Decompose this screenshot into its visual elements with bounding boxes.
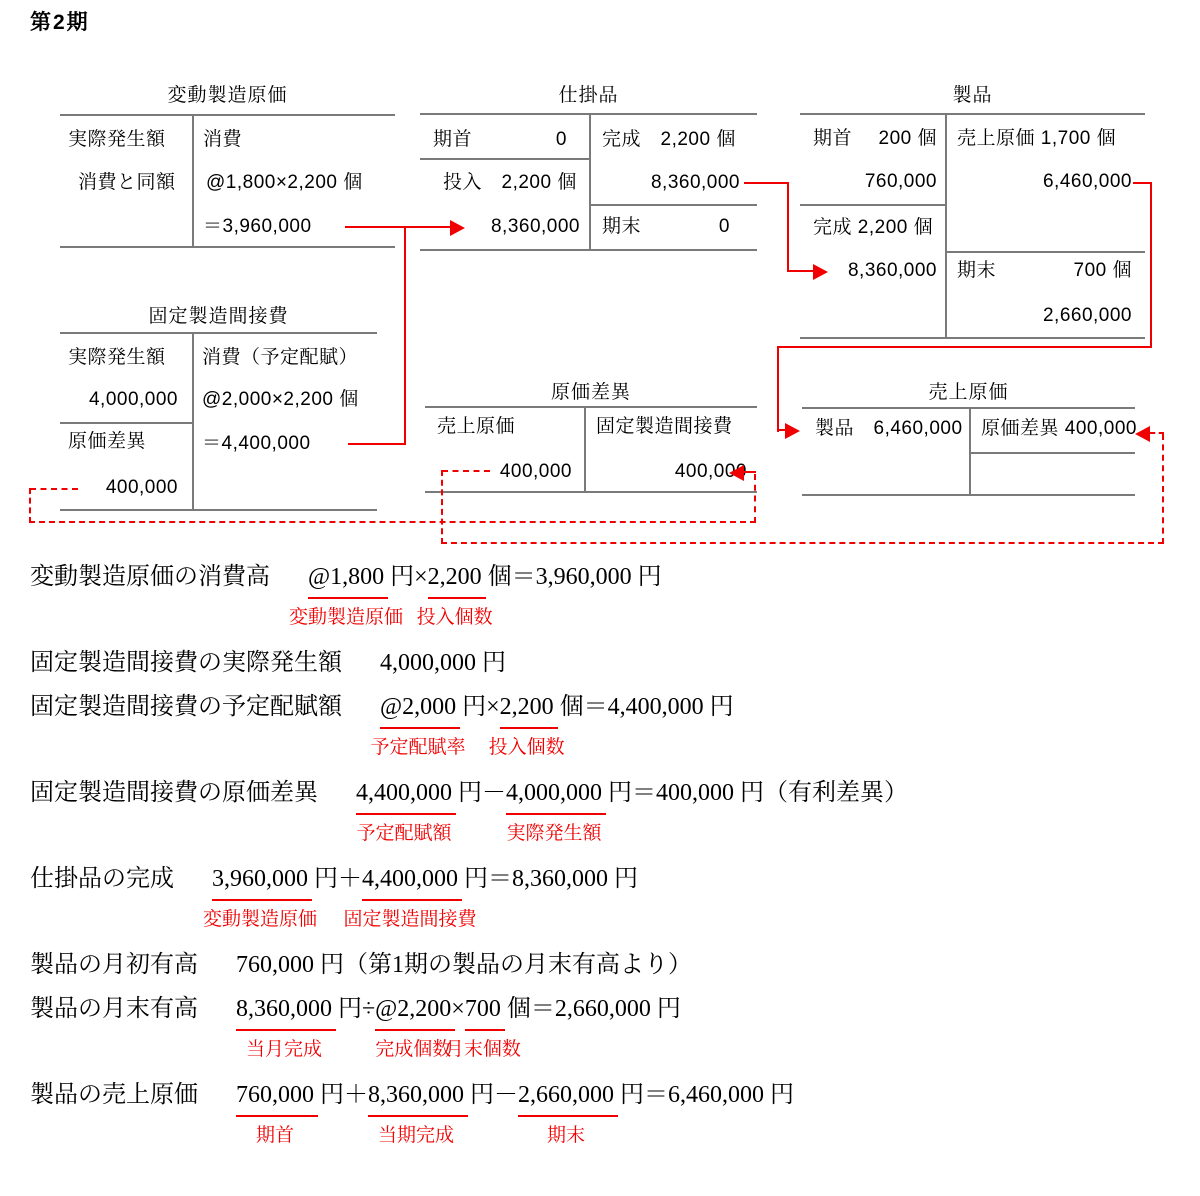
underline-annotation: 当期完成 bbox=[378, 1121, 454, 1151]
account-entry: 製品 6,460,000 bbox=[815, 418, 963, 440]
account-top-line bbox=[60, 114, 395, 116]
note-label: 固定製造間接費の予定配賦額 bbox=[30, 692, 342, 722]
formula-text: 円＝8,360,000 円 bbox=[458, 866, 638, 892]
account-top-line bbox=[425, 406, 757, 408]
account-sub-line bbox=[60, 422, 192, 424]
underlined-term: 2,660,000期末 bbox=[518, 1080, 614, 1110]
note-formula: 760,000 円（第1期の製品の月末有高より） bbox=[236, 952, 692, 978]
account-entry: 4,000,000 bbox=[48, 389, 178, 411]
note-label: 固定製造間接費の実際発生額 bbox=[30, 648, 342, 678]
underlined-term: 4,400,000固定製造間接費 bbox=[362, 864, 458, 894]
formula-text: 円＝6,460,000 円 bbox=[614, 1082, 794, 1108]
formula-text: 円× bbox=[456, 694, 500, 720]
underline-annotation: 月末個数 bbox=[445, 1035, 521, 1065]
account-entry: 原価差異 400,000 bbox=[981, 418, 1137, 440]
underline-annotation: 期末 bbox=[547, 1121, 585, 1151]
account-entry: 投入 2,200 個 bbox=[443, 172, 577, 194]
underlined-term: 8,360,000当期完成 bbox=[368, 1080, 464, 1110]
dashed-line bbox=[442, 470, 490, 472]
formula-text: 円－ bbox=[464, 1082, 518, 1108]
textbook-page: 第2期 変動製造原価 実際発生額 消費と同額 消費 @1,800×2,200 個… bbox=[0, 0, 1200, 1196]
notes: 変動製造原価の消費高@1,800変動製造原価 円×2,200投入個数 個＝3,9… bbox=[30, 556, 1190, 1166]
note-line: 変動製造原価の消費高@1,800変動製造原価 円×2,200投入個数 個＝3,9… bbox=[30, 562, 1190, 592]
note-label: 仕掛品の完成 bbox=[30, 864, 174, 894]
formula-text: 円＝400,000 円（有利差異） bbox=[602, 780, 908, 806]
underlined-term: @2,200完成個数 bbox=[375, 994, 451, 1024]
flow-line bbox=[787, 182, 789, 272]
underline-annotation: 期首 bbox=[256, 1121, 294, 1151]
account-title: 仕掛品 bbox=[420, 80, 757, 107]
account-divider bbox=[584, 406, 586, 493]
formula-text: 個＝2,660,000 円 bbox=[501, 996, 681, 1022]
account-sub-line bbox=[945, 251, 1145, 253]
account-entry: 6,460,000 bbox=[1000, 171, 1132, 193]
account-divider bbox=[192, 332, 194, 511]
account-entry: 消費 bbox=[203, 129, 242, 151]
account-entry: 0 bbox=[680, 216, 730, 238]
account-entry: 期末 bbox=[957, 260, 996, 282]
note-formula: @2,000予定配賦率 円×2,200投入個数 個＝4,400,000 円 bbox=[380, 694, 734, 720]
red-underline bbox=[362, 899, 462, 901]
flow-arrow-right-icon bbox=[450, 220, 465, 236]
account-bottom-line bbox=[800, 337, 1145, 339]
account-sub-line bbox=[969, 452, 1135, 454]
formula-text: 個＝4,400,000 円 bbox=[554, 694, 734, 720]
account-title: 固定製造間接費 bbox=[60, 301, 377, 328]
red-underline bbox=[506, 813, 606, 815]
note-label: 変動製造原価の消費高 bbox=[30, 562, 270, 592]
underline-annotation: 固定製造間接費 bbox=[343, 905, 476, 935]
flow-line bbox=[777, 346, 1152, 348]
account-entry: 400,000 bbox=[452, 461, 572, 483]
formula-text: 円＋ bbox=[314, 1082, 368, 1108]
note-line: 仕掛品の完成3,960,000変動製造原価 円＋4,400,000固定製造間接費… bbox=[30, 864, 1190, 894]
note-line: 固定製造間接費の実際発生額4,000,000 円 bbox=[30, 648, 1190, 678]
dashed-line bbox=[1162, 434, 1164, 544]
underline-annotation: 当月完成 bbox=[246, 1035, 322, 1065]
underlined-term: 4,000,000実際発生額 bbox=[506, 778, 602, 808]
underlined-term: 2,200投入個数 bbox=[500, 692, 554, 722]
formula-text: 円× bbox=[384, 564, 428, 590]
flow-arrow-left-icon bbox=[729, 465, 744, 481]
flow-line bbox=[777, 346, 779, 432]
dashed-line bbox=[30, 488, 78, 490]
red-underline bbox=[236, 1029, 336, 1031]
dashed-line bbox=[441, 470, 443, 544]
underlined-term: 760,000期首 bbox=[236, 1080, 314, 1110]
flow-line bbox=[348, 443, 406, 445]
note-label: 製品の売上原価 bbox=[30, 1080, 198, 1110]
underlined-term: 4,400,000予定配賦額 bbox=[356, 778, 452, 808]
account-sub-line bbox=[589, 204, 757, 206]
underlined-term: @1,800変動製造原価 bbox=[308, 562, 384, 592]
account-entry: 0 bbox=[517, 129, 567, 151]
underlined-term: 700月末個数 bbox=[465, 994, 501, 1024]
flow-arrow-left-icon bbox=[1135, 426, 1150, 442]
underline-annotation: 変動製造原価 bbox=[289, 603, 403, 633]
formula-text: 760,000 円（第1期の製品の月末有高より） bbox=[236, 952, 692, 978]
underline-annotation: 変動製造原価 bbox=[203, 905, 317, 935]
account-entry: 200 個 bbox=[817, 128, 937, 150]
formula-text: 円－ bbox=[452, 780, 506, 806]
account-sub-line bbox=[800, 204, 945, 206]
underlined-term: @2,000予定配賦率 bbox=[380, 692, 456, 722]
account-entry: 2,660,000 bbox=[1000, 305, 1132, 327]
flow-line bbox=[744, 182, 789, 184]
account-entry: 700 個 bbox=[1010, 260, 1132, 282]
account-entry: 実際発生額 bbox=[68, 129, 166, 151]
account-title: 売上原価 bbox=[802, 377, 1135, 404]
account-entry: 消費と同額 bbox=[78, 172, 176, 194]
note-line: 製品の月末有高8,360,000当月完成 円÷@2,200完成個数×700月末個… bbox=[30, 994, 1190, 1024]
flow-arrow-right-icon bbox=[813, 264, 828, 280]
account-title: 原価差異 bbox=[425, 377, 757, 404]
dashed-line bbox=[441, 542, 1164, 544]
note-formula: 4,400,000予定配賦額 円－4,000,000実際発生額 円＝400,00… bbox=[356, 780, 908, 806]
account-title: 製品 bbox=[800, 80, 1145, 107]
red-underline bbox=[356, 813, 456, 815]
account-entry: 期首 bbox=[433, 129, 472, 151]
account-entry: 売上原価 bbox=[437, 416, 515, 438]
note-formula: 3,960,000変動製造原価 円＋4,400,000固定製造間接費 円＝8,3… bbox=[212, 866, 638, 892]
flow-line bbox=[789, 270, 815, 272]
formula-text: 円＋ bbox=[308, 866, 362, 892]
account-entry: 原価差異 bbox=[68, 431, 146, 453]
red-underline bbox=[212, 899, 312, 901]
account-sub-line bbox=[420, 158, 590, 160]
note-line: 製品の売上原価760,000期首 円＋8,360,000当期完成 円－2,660… bbox=[30, 1080, 1190, 1110]
flow-line bbox=[1150, 182, 1152, 348]
note-line: 固定製造間接費の予定配賦額@2,000予定配賦率 円×2,200投入個数 個＝4… bbox=[30, 692, 1190, 722]
red-underline bbox=[465, 1029, 505, 1031]
red-underline bbox=[518, 1115, 618, 1117]
underlined-term: 3,960,000変動製造原価 bbox=[212, 864, 308, 894]
formula-text: × bbox=[451, 996, 465, 1022]
formula-text: 円÷ bbox=[332, 996, 375, 1022]
red-underline bbox=[428, 597, 486, 599]
account-top-line bbox=[60, 332, 377, 334]
account-entry: 8,360,000 bbox=[450, 216, 580, 238]
page-title: 第2期 bbox=[30, 6, 90, 36]
note-label: 製品の月末有高 bbox=[30, 994, 198, 1024]
note-label: 製品の月初有高 bbox=[30, 950, 198, 980]
account-entry: 期末 bbox=[602, 216, 641, 238]
dashed-line bbox=[1150, 432, 1164, 434]
account-divider bbox=[192, 114, 194, 248]
dashed-line bbox=[744, 471, 756, 473]
account-entry: 完成 2,200 個 bbox=[813, 217, 933, 239]
note-formula: 8,360,000当月完成 円÷@2,200完成個数×700月末個数 個＝2,6… bbox=[236, 996, 681, 1022]
account-bottom-line bbox=[425, 491, 757, 493]
account-bottom-line bbox=[60, 246, 395, 248]
account-entry: 消費（予定配賦） bbox=[202, 347, 358, 369]
note-formula: @1,800変動製造原価 円×2,200投入個数 個＝3,960,000 円 bbox=[308, 564, 662, 590]
underline-annotation: 実際発生額 bbox=[506, 819, 601, 849]
account-entry: ＝3,960,000 bbox=[203, 216, 312, 238]
note-formula: 760,000期首 円＋8,360,000当期完成 円－2,660,000期末 … bbox=[236, 1082, 794, 1108]
underlined-term: 8,360,000当月完成 bbox=[236, 994, 332, 1024]
account-entry: 売上原価 1,700 個 bbox=[957, 128, 1116, 150]
account-entry: @2,000×2,200 個 bbox=[202, 389, 359, 411]
flow-arrow-right-icon bbox=[785, 423, 800, 439]
dashed-line bbox=[754, 474, 756, 523]
account-entry: 完成 2,200 個 bbox=[602, 129, 736, 151]
account-entry: ＝4,400,000 bbox=[202, 433, 311, 455]
flow-line bbox=[345, 226, 455, 228]
red-underline bbox=[236, 1115, 318, 1117]
dashed-line bbox=[29, 488, 31, 523]
account-entry: 760,000 bbox=[807, 171, 937, 193]
note-line: 固定製造間接費の原価差異4,400,000予定配賦額 円－4,000,000実際… bbox=[30, 778, 1190, 808]
note-label: 固定製造間接費の原価差異 bbox=[30, 778, 318, 808]
formula-text: 4,000,000 円 bbox=[380, 650, 506, 676]
underlined-term: 2,200投入個数 bbox=[428, 562, 482, 592]
formula-text: 個＝3,960,000 円 bbox=[482, 564, 662, 590]
underline-annotation: 完成個数 bbox=[375, 1035, 451, 1065]
account-entry: @1,800×2,200 個 bbox=[206, 172, 363, 194]
red-underline bbox=[368, 1115, 468, 1117]
red-underline bbox=[308, 597, 388, 599]
account-title: 変動製造原価 bbox=[60, 80, 395, 107]
flow-line bbox=[404, 226, 406, 445]
red-underline bbox=[380, 727, 460, 729]
underline-annotation: 投入個数 bbox=[417, 603, 493, 633]
account-bottom-line bbox=[60, 509, 377, 511]
underline-annotation: 予定配賦率 bbox=[371, 733, 466, 763]
red-underline bbox=[375, 1029, 455, 1031]
account-entry: 実際発生額 bbox=[68, 347, 166, 369]
account-top-line bbox=[800, 113, 1145, 115]
dashed-line bbox=[29, 521, 756, 523]
account-divider bbox=[945, 113, 947, 339]
note-line: 製品の月初有高760,000 円（第1期の製品の月末有高より） bbox=[30, 950, 1190, 980]
note-formula: 4,000,000 円 bbox=[380, 650, 506, 676]
red-underline bbox=[500, 727, 558, 729]
account-entry: 8,360,000 bbox=[610, 172, 740, 194]
account-divider bbox=[589, 113, 591, 251]
underline-annotation: 投入個数 bbox=[489, 733, 565, 763]
underline-annotation: 予定配賦額 bbox=[356, 819, 451, 849]
account-entry: 固定製造間接費 bbox=[596, 416, 733, 438]
